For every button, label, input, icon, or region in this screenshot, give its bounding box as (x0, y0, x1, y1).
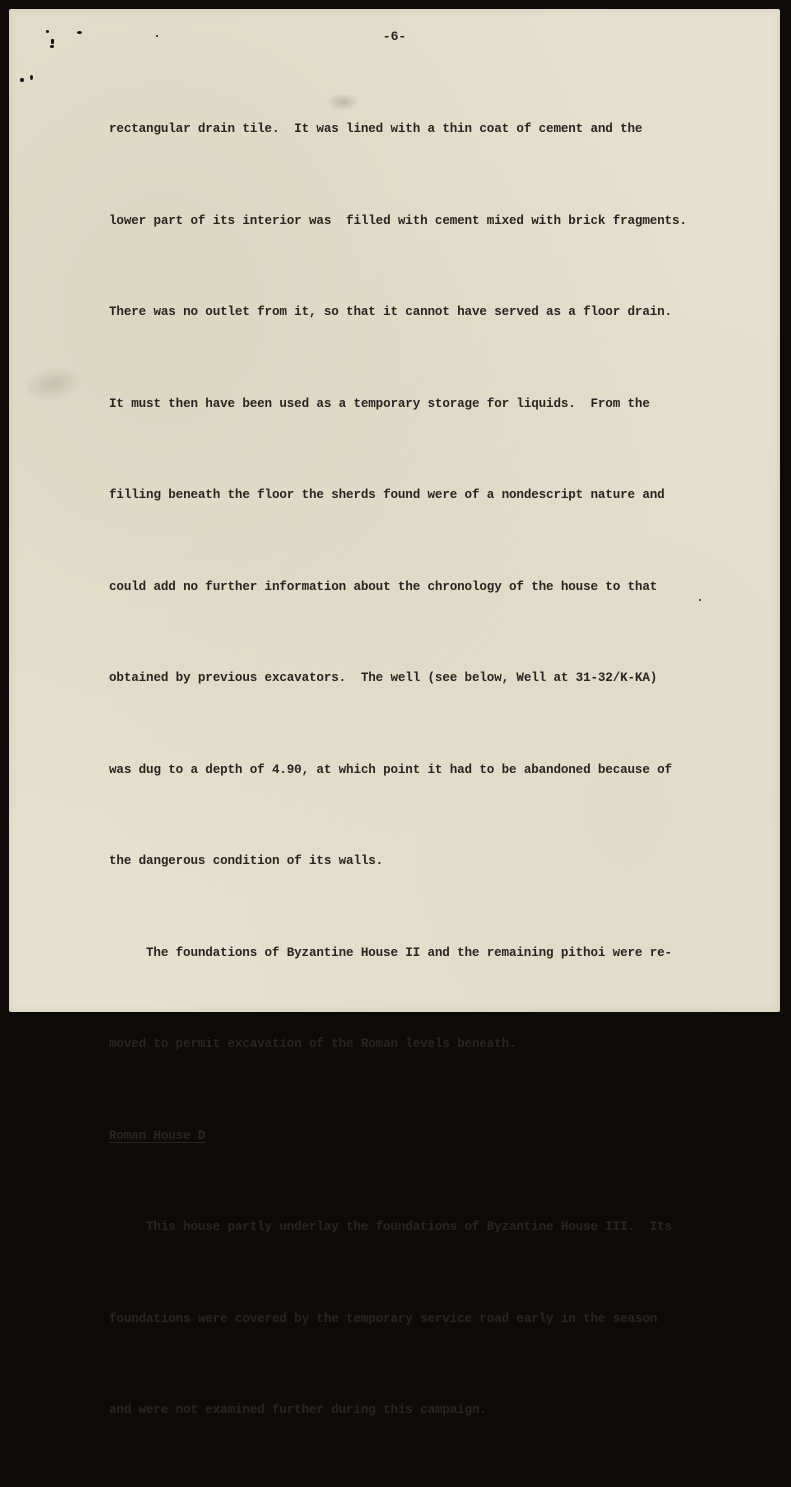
text-line: lower part of its interior was filled wi… (109, 206, 709, 237)
paper-smudge (20, 361, 86, 407)
text-line: obtained by previous excavators. The wel… (109, 663, 709, 694)
paper-speck (50, 45, 54, 48)
paragraph-start-line: The foundations of Byzantine House II an… (109, 938, 709, 969)
page-number: -6- (9, 29, 780, 44)
body-text: rectangular drain tile. It was lined wit… (109, 53, 709, 1024)
text-line: There was no outlet from it, so that it … (109, 297, 709, 328)
text-line: was dug to a depth of 4.90, at which poi… (109, 755, 709, 786)
text-line: rectangular drain tile. It was lined wit… (109, 114, 709, 145)
text-line: could add no further information about t… (109, 572, 709, 603)
paper-speck (30, 75, 33, 80)
paper-speck (20, 78, 24, 82)
text-line: the dangerous condition of its walls. (109, 846, 709, 877)
document-page: -6- rectangular drain tile. It was lined… (9, 9, 780, 1012)
text-line: filling beneath the floor the sherds fou… (109, 480, 709, 511)
text-line: It must then have been used as a tempora… (109, 389, 709, 420)
